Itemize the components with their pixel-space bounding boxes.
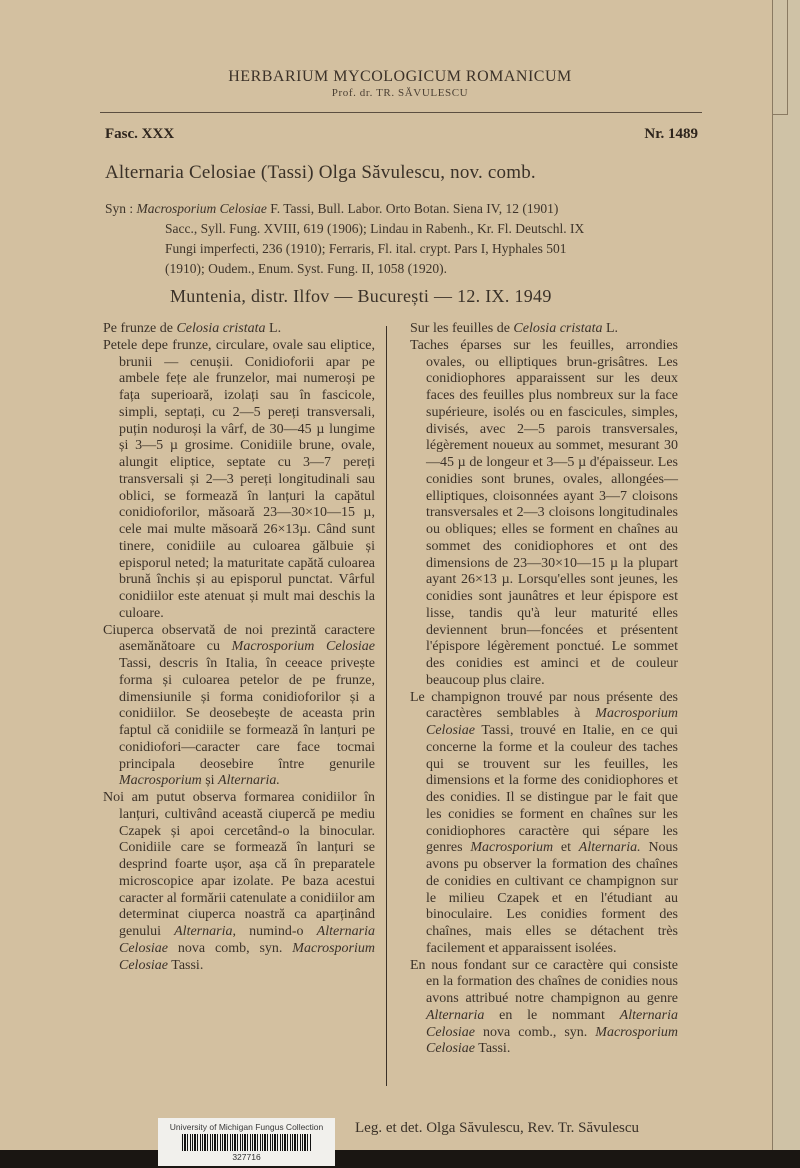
synonymy-line: Sacc., Syll. Fung. XVIII, 619 (1906); Li… <box>105 219 700 239</box>
header-rule <box>100 112 702 113</box>
conclusion-paragraph: En nous fondant sur ce caractère qui con… <box>410 958 678 1059</box>
synonymy-block: Syn : Macrosporium Celosiae F. Tassi, Bu… <box>105 199 700 279</box>
synonymy-label: Syn : <box>105 201 133 216</box>
barcode-icon <box>182 1134 312 1151</box>
folder-tab <box>773 0 788 115</box>
conclusion-paragraph: Noi am putut observa formarea conidiilor… <box>103 790 375 974</box>
synonymy-line: Syn : Macrosporium Celosiae F. Tassi, Bu… <box>105 199 700 219</box>
comparison-paragraph: Ciuperca observată de noi prezintă carac… <box>103 623 375 791</box>
label-header: HERBARIUM MYCOLOGICUM ROMANICUM Prof. dr… <box>100 68 700 99</box>
synonymy-line: (1910); Oudem., Enum. Syst. Fung. II, 10… <box>105 259 700 279</box>
background-band <box>0 1150 800 1168</box>
barcode-number: 327716 <box>158 1152 335 1162</box>
collection-name: University of Michigan Fungus Collection <box>158 1122 335 1132</box>
species-title: Alternaria Celosiae (Tassi) Olga Săvules… <box>105 162 536 184</box>
professor-name: Prof. dr. TR. SĂVULESCU <box>100 87 700 99</box>
synonym-name: Macrosporium Celosiae <box>137 201 267 216</box>
romanian-description: Pe frunze de Celosia cristata L. Petele … <box>103 321 375 974</box>
column-divider <box>386 326 387 1086</box>
description-paragraph: Petele depe frunze, circulare, ovale sau… <box>103 338 375 623</box>
folder-edge <box>772 0 800 1150</box>
locality-date: Muntenia, distr. Ilfov — București — 12.… <box>170 286 552 307</box>
collection-barcode-label: University of Michigan Fungus Collection… <box>158 1118 335 1166</box>
fascicle-number: Fasc. XXX <box>105 126 174 143</box>
description-paragraph: Taches éparses sur les feuilles, arrondi… <box>410 338 678 690</box>
specimen-number: Nr. 1489 <box>644 126 698 143</box>
host-line: Pe frunze de Celosia cristata L. <box>103 321 375 338</box>
comparison-paragraph: Le champignon trouvé par nous présente d… <box>410 690 678 958</box>
french-description: Sur les feuilles de Celosia cristata L. … <box>410 321 678 1058</box>
collector-line: Leg. et det. Olga Săvulescu, Rev. Tr. Să… <box>355 1120 639 1137</box>
host-line: Sur les feuilles de Celosia cristata L. <box>410 321 678 338</box>
institution-name: HERBARIUM MYCOLOGICUM ROMANICUM <box>100 68 700 86</box>
synonymy-line: Fungi imperfecti, 236 (1910); Ferraris, … <box>105 239 700 259</box>
